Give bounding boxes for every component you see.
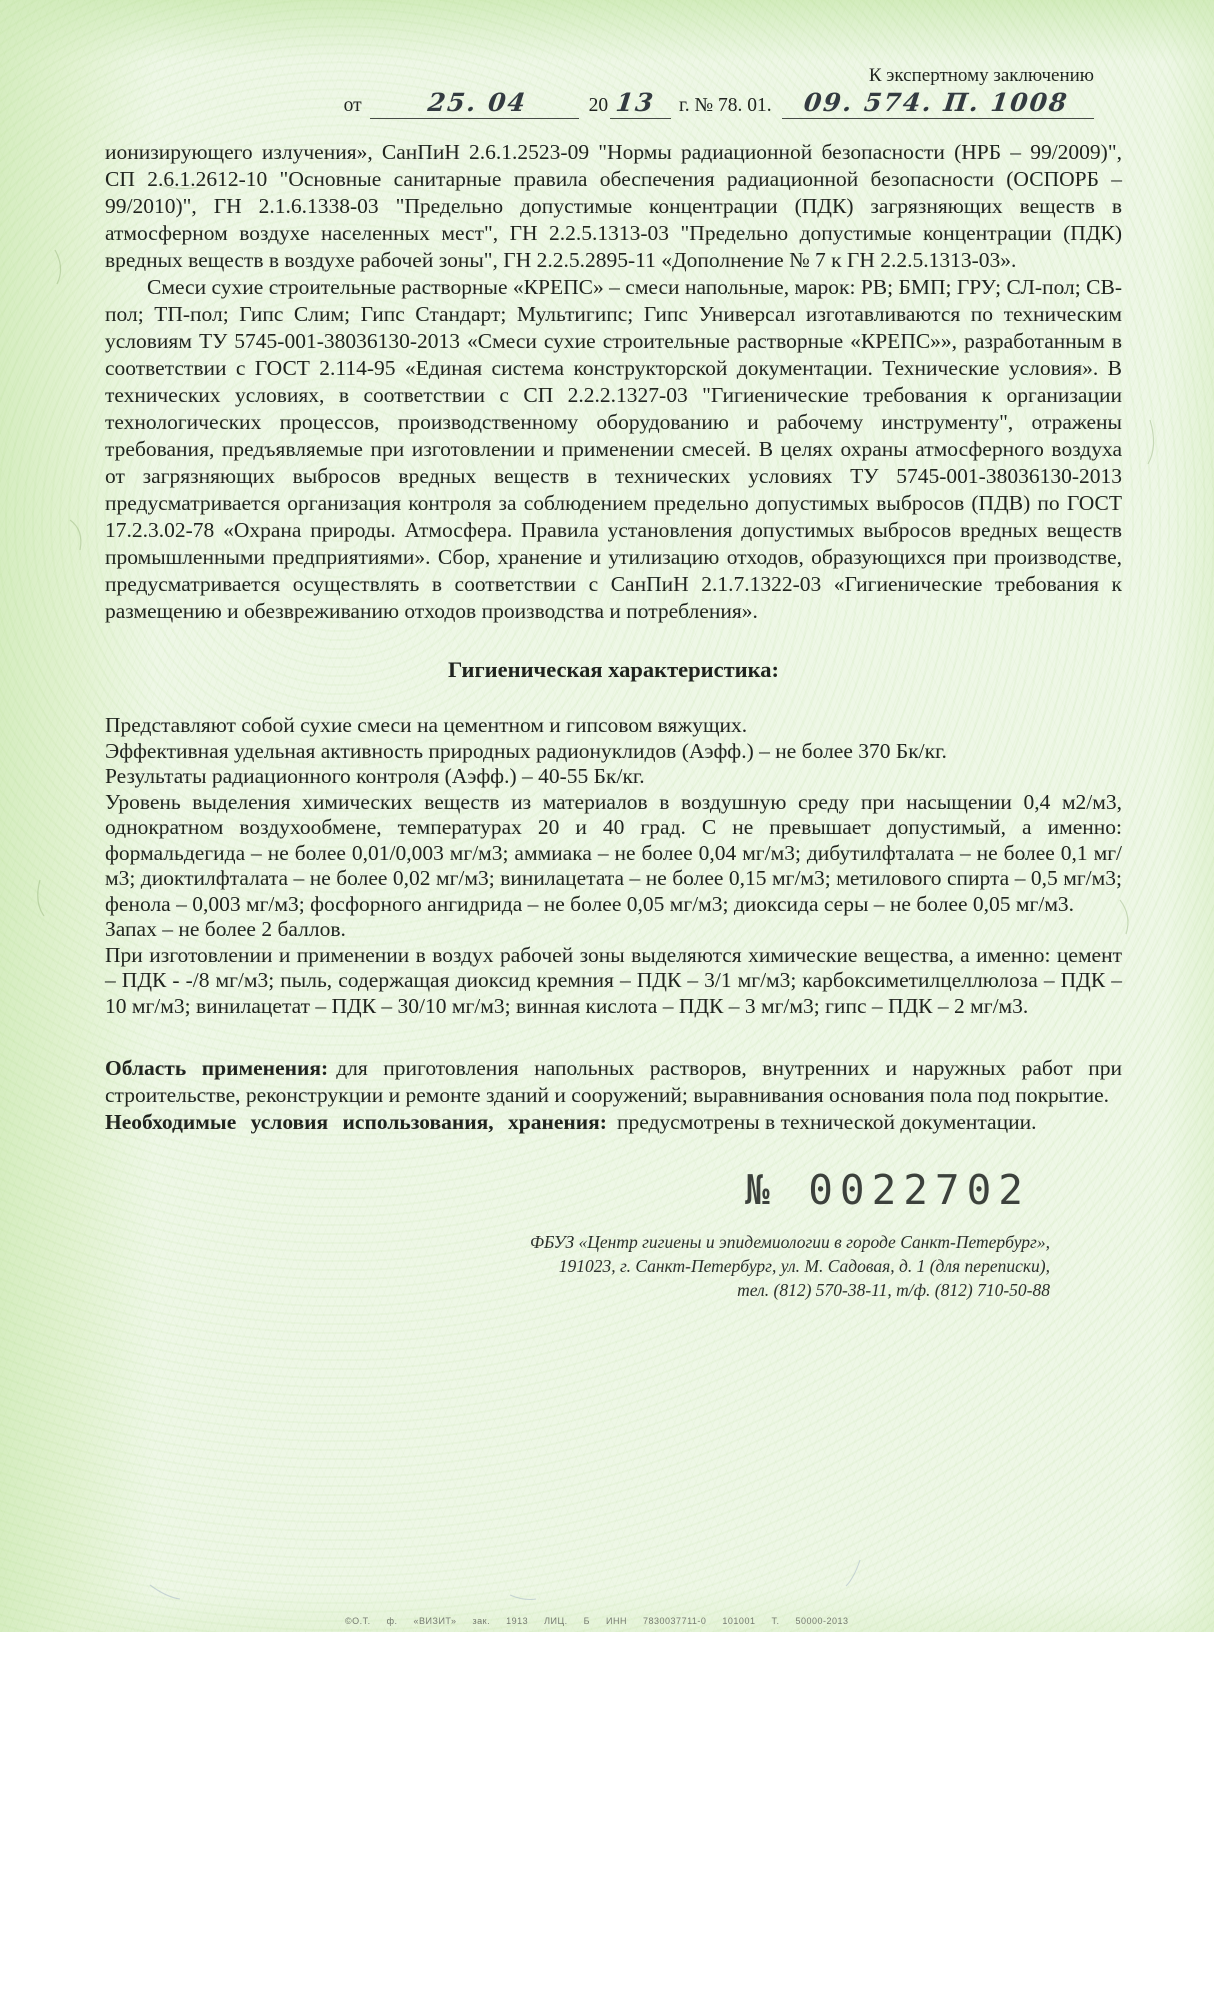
document-page: К экспертному заключению от25. 042013г. … [0,0,1214,1632]
conditions-label: Необходимые условия использования, хране… [105,1110,607,1134]
number-underline: 09. 574. П. 1008 [782,90,1094,119]
issuer-footer: ФБУЗ «Центр гигиены и эпидемиологии в го… [105,1230,1050,1302]
hygiene-line-work-zone: При изготовлении и применении в воздух р… [105,943,1122,1020]
header-title: К экспертному заключению [105,64,1094,88]
issuer-phone: тел. (812) 570-38-11, т/ф. (812) 710-50-… [105,1278,1050,1302]
paragraph-product-description: Смеси сухие строительные растворные «КРЕ… [105,274,1122,625]
hygiene-section: Представляют собой сухие смеси на цемент… [105,713,1122,1019]
issuer-name: ФБУЗ «Центр гигиены и эпидемиологии в го… [105,1230,1050,1254]
serial-number: № 0022702 [105,1166,1030,1214]
hygiene-line-odor: Запах – не более 2 баллов. [105,917,1122,943]
handwritten-day-month: 25. 04 [426,90,528,116]
application-block: Область применения:для приготовления нап… [105,1055,1122,1109]
document-header: К экспертному заключению от25. 042013г. … [105,64,1094,119]
paragraph-regulations: ионизирующего излучения», СанПиН 2.6.1.2… [105,139,1122,274]
print-shop-imprint: ©О.Т. ф. «ВИЗИТ» зак. 1913 ЛИЦ. Б ИНН 78… [345,1616,1055,1626]
number-prefix: г. № 78. 01. [679,94,772,118]
from-label: от [344,94,362,118]
handwritten-year: 13 [615,90,657,116]
scanned-certificate-body: { "header": { "to_expert": "К экспертном… [0,0,1214,2000]
application-label: Область применения: [105,1056,328,1080]
conditions-paragraph: Необходимые условия использования, хране… [105,1109,1122,1136]
hygiene-line-emissions: Уровень выделения химических веществ из … [105,790,1122,918]
application-paragraph: Область применения:для приготовления нап… [105,1055,1122,1109]
hygiene-heading: Гигиеническая характеристика: [105,657,1122,683]
conditions-text: предусмотрены в технической документации… [617,1110,1037,1134]
year-prefix: 20 [589,94,609,118]
hygiene-line-radiation-control: Результаты радиационного контроля (Аэфф.… [105,764,1122,790]
conditions-block: Необходимые условия использования, хране… [105,1109,1122,1136]
handwritten-number: 09. 574. П. 1008 [802,90,1070,116]
issuer-address: 191023, г. Санкт-Петербург, ул. М. Садов… [105,1254,1050,1278]
date-underline: 25. 04 [370,90,579,119]
header-reference-line: от25. 042013г. № 78. 01.09. 574. П. 1008 [105,90,1094,119]
hygiene-line-composition: Представляют собой сухие смеси на цемент… [105,713,1122,739]
hygiene-line-radionuclides: Эффективная удельная активность природны… [105,739,1122,765]
year-underline: 13 [610,90,671,119]
body-text: ионизирующего излучения», СанПиН 2.6.1.2… [105,139,1122,625]
document-content: К экспертному заключению от25. 042013г. … [0,0,1214,1302]
